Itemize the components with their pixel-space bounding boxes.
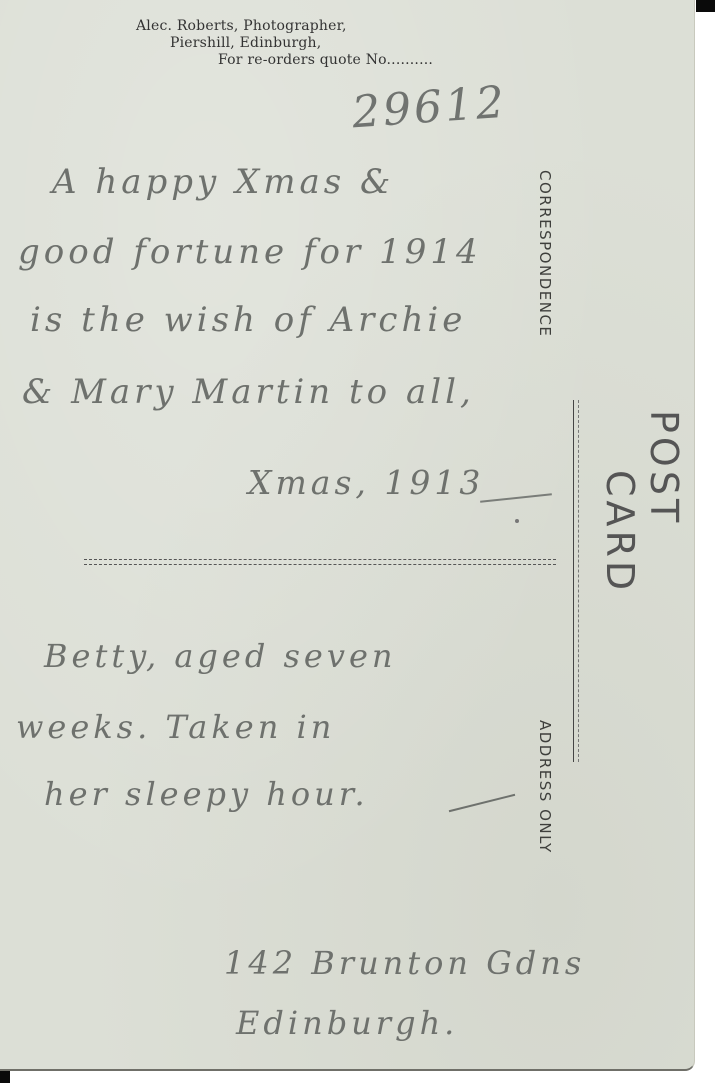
vertical-divider [573,400,579,762]
greeting-line: is the wish of Archie [30,300,466,340]
sender-address-line: 142 Brunton Gdns [224,944,585,982]
scan-border [0,1071,10,1083]
greeting-line: & Mary Martin to all, [22,372,475,412]
dateline-underline [480,493,552,503]
post-card-title: POST CARD [598,410,686,594]
reference-number: 29612 [350,77,508,139]
dateline-dot [515,519,519,523]
post-word: POST [642,410,686,594]
postcard-back: Alec. Roberts, Photographer, Piershill, … [0,0,695,1071]
reorder-note: For re-orders quote No.......... [218,52,433,69]
sender-address-city: Edinburgh. [236,1004,458,1042]
caption-line: Betty, aged seven [44,637,396,675]
scan-border [696,0,715,12]
caption-flourish [449,794,515,812]
section-divider [84,559,556,565]
greeting-line: A happy Xmas & [52,162,394,202]
greeting-line: good fortune for 1914 [18,232,482,272]
printer-imprint: Alec. Roberts, Photographer, Piershill, … [136,18,433,69]
caption-line: weeks. Taken in [16,708,335,746]
greeting-dateline: Xmas, 1913 [248,463,484,502]
printer-name: Alec. Roberts, Photographer, [136,18,433,35]
address-only-label: ADDRESS ONLY [536,720,554,854]
caption-line: her sleepy hour. [44,775,369,813]
correspondence-label: CORRESPONDENCE [536,170,554,337]
card-word: CARD [598,470,642,594]
printer-location: Piershill, Edinburgh, [170,35,433,52]
